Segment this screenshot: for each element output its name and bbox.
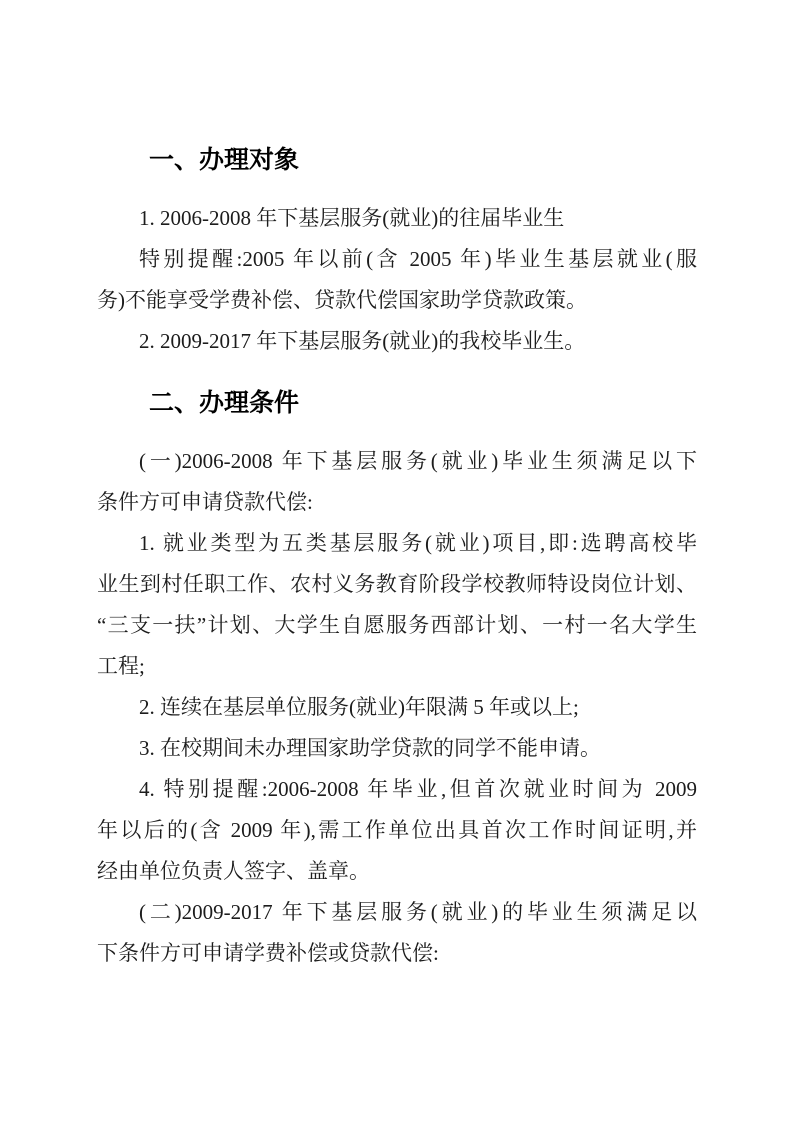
text-line: 特别提醒:2005 年以前(含 2005 年)毕业生基层就业(服 [97,239,697,280]
text-line: 业生到村任职工作、农村义务教育阶段学校教师特设岗位计划、 [97,564,697,605]
text-line: 经由单位负责人签字、盖章。 [97,851,697,892]
document-page: 一、办理对象1. 2006-2008 年下基层服务(就业)的往届毕业生特别提醒:… [0,0,793,1122]
paragraph: 2. 2009-2017 年下基层服务(就业)的我校毕业生。 [97,321,697,362]
text-line: 务)不能享受学费补偿、贷款代偿国家助学贷款政策。 [97,280,697,321]
paragraph: 2. 连续在基层单位服务(就业)年限满 5 年或以上; [97,687,697,728]
section-heading: 一、办理对象 [97,140,697,181]
document-body: 一、办理对象1. 2006-2008 年下基层服务(就业)的往届毕业生特别提醒:… [97,119,697,974]
text-line: 1. 就业类型为五类基层服务(就业)项目,即:选聘高校毕 [97,523,697,564]
paragraph: 1. 就业类型为五类基层服务(就业)项目,即:选聘高校毕业生到村任职工作、农村义… [97,523,697,687]
text-line: 2. 连续在基层单位服务(就业)年限满 5 年或以上; [97,687,697,728]
text-line: 3. 在校期间未办理国家助学贷款的同学不能申请。 [97,728,697,769]
paragraph: 3. 在校期间未办理国家助学贷款的同学不能申请。 [97,728,697,769]
text-line: (二)2009-2017 年下基层服务(就业)的毕业生须满足以 [97,892,697,933]
text-line: “三支一扶”计划、大学生自愿服务西部计划、一村一名大学生 [97,605,697,646]
text-line: (一)2006-2008 年下基层服务(就业)毕业生须满足以下 [97,441,697,482]
text-line: 工程; [97,646,697,687]
text-line: 1. 2006-2008 年下基层服务(就业)的往届毕业生 [97,198,697,239]
paragraph: 4. 特别提醒:2006-2008 年毕业,但首次就业时间为 2009年以后的(… [97,769,697,892]
text-line: 2. 2009-2017 年下基层服务(就业)的我校毕业生。 [97,321,697,362]
text-line: 4. 特别提醒:2006-2008 年毕业,但首次就业时间为 2009 [97,769,697,810]
paragraph: (一)2006-2008 年下基层服务(就业)毕业生须满足以下条件方可申请贷款代… [97,441,697,523]
section-heading: 二、办理条件 [97,383,697,424]
text-line: 下条件方可申请学费补偿或贷款代偿: [97,933,697,974]
paragraph: (二)2009-2017 年下基层服务(就业)的毕业生须满足以下条件方可申请学费… [97,892,697,974]
paragraph: 1. 2006-2008 年下基层服务(就业)的往届毕业生 [97,198,697,239]
text-line: 年以后的(含 2009 年),需工作单位出具首次工作时间证明,并 [97,810,697,851]
paragraph: 特别提醒:2005 年以前(含 2005 年)毕业生基层就业(服务)不能享受学费… [97,239,697,321]
text-line: 条件方可申请贷款代偿: [97,482,697,523]
